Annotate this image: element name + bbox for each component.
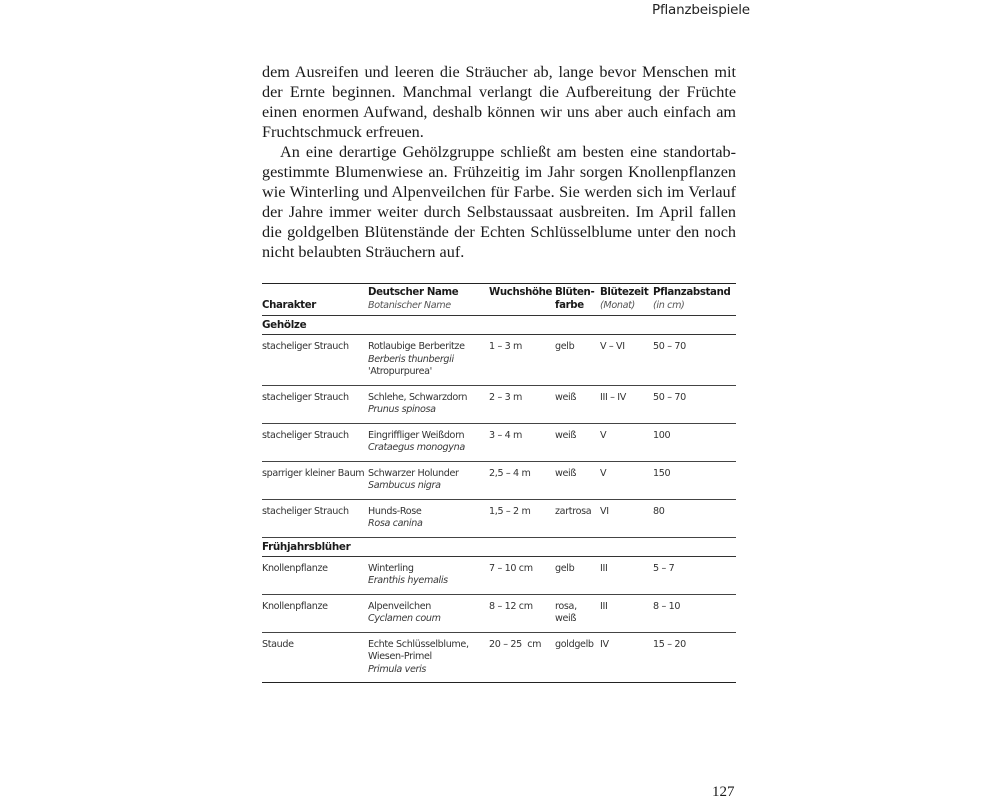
paragraph-2: An eine derartige Gehölzgruppe schließt … xyxy=(262,142,736,262)
group-title: Gehölze xyxy=(262,316,736,335)
table-row: Knollenpflanze Winterling Eranthis hyema… xyxy=(262,556,736,594)
table-row: sparriger kleiner Baum Schwarzer Holunde… xyxy=(262,461,736,499)
page-number: 127 xyxy=(712,784,735,800)
paragraph-1: dem Ausreifen und leeren die Sträucher a… xyxy=(262,62,736,142)
plant-table: Charakter Deutscher Name Botanischer Nam… xyxy=(262,283,736,683)
table-row: Staude Echte Schlüsselblume, Wiesen-Prim… xyxy=(262,632,736,683)
table-row: stacheliger Strauch Schlehe, Schwarzdorn… xyxy=(262,385,736,423)
header-wuchshoehe: Wuchshöhe xyxy=(489,284,555,316)
table-row: stacheliger Strauch Rotlaubige Berberitz… xyxy=(262,335,736,386)
table-row: stacheliger Strauch Eingriffliger Weißdo… xyxy=(262,423,736,461)
running-head: Pflanzbeispiele xyxy=(652,2,750,18)
header-bluetezeit: Blütezeit (Monat) xyxy=(600,284,653,316)
group-row-gehoelze: Gehölze xyxy=(262,316,736,335)
header-name: Deutscher Name Botanischer Name xyxy=(368,284,489,316)
header-bluetenfarbe: Blüten- farbe xyxy=(555,284,600,316)
body-text: dem Ausreifen und leeren die Sträucher a… xyxy=(262,62,736,262)
table-row: Knollenpflanze Alpenveilchen Cyclamen co… xyxy=(262,594,736,632)
table-row: stacheliger Strauch Hunds-Rose Rosa cani… xyxy=(262,499,736,537)
header-charakter: Charakter xyxy=(262,284,368,316)
header-pflanzabstand: Pflanzabstand (in cm) xyxy=(653,284,736,316)
table-header-row: Charakter Deutscher Name Botanischer Nam… xyxy=(262,284,736,316)
group-title: Frühjahrsblüher xyxy=(262,537,736,556)
group-row-fruehjahrsblueher: Frühjahrsblüher xyxy=(262,537,736,556)
